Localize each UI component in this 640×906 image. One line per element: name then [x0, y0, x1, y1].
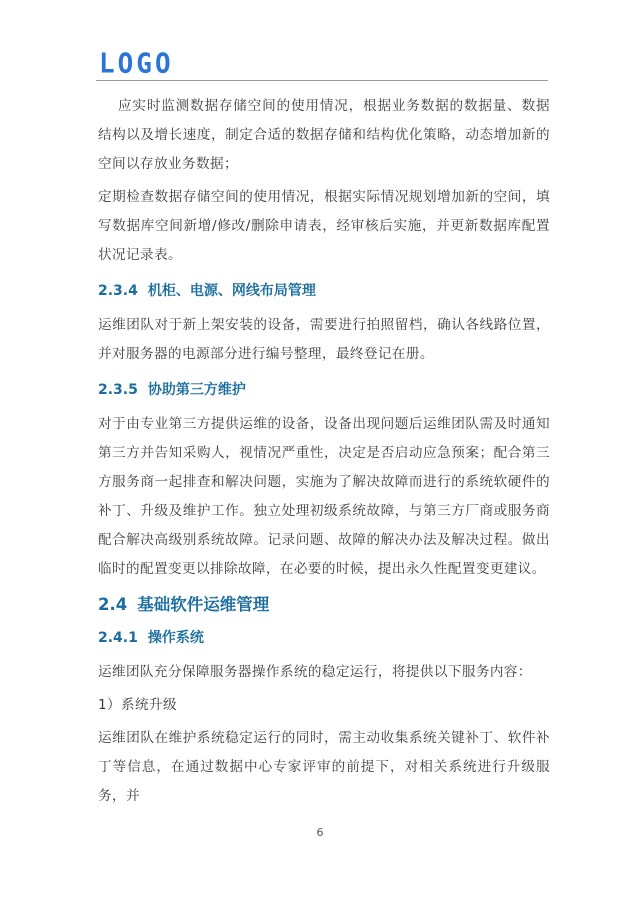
- section-number: 2.3.5: [98, 382, 138, 398]
- logo: LOGO: [99, 49, 174, 78]
- section-heading-2-3-4: 2.3.4机柜、电源、网线布局管理: [98, 281, 550, 301]
- section-title: 操作系统: [148, 630, 204, 646]
- section-number: 2.4.1: [98, 630, 138, 646]
- header-divider: [96, 80, 548, 81]
- section-title: 协助第三方维护: [148, 382, 246, 398]
- list-item: 1）系统升级: [98, 691, 550, 720]
- paragraph: 应实时监测数据存储空间的使用情况，根据业务数据的数据量、数据结构以及增长速度，制…: [98, 92, 550, 179]
- section-number: 2.4: [98, 595, 127, 614]
- section-title: 基础软件运维管理: [137, 595, 269, 614]
- section-heading-2-4-1: 2.4.1操作系统: [98, 628, 550, 648]
- paragraph: 定期检查数据存储空间的使用情况，根据实际情况规划增加新的空间，填写数据库空间新增…: [98, 183, 550, 270]
- paragraph: 对于由专业第三方提供运维的设备，设备出现问题后运维团队需及时通知第三方并告知采购…: [98, 410, 550, 584]
- page-number: 6: [0, 826, 640, 839]
- section-title: 机柜、电源、网线布局管理: [148, 283, 316, 299]
- document-body: 应实时监测数据存储空间的使用情况，根据业务数据的数据量、数据结构以及增长速度，制…: [98, 92, 550, 811]
- section-heading-2-4: 2.4基础软件运维管理: [98, 593, 550, 617]
- section-heading-2-3-5: 2.3.5协助第三方维护: [98, 380, 550, 400]
- paragraph: 运维团队在维护系统稳定运行的同时，需主动收集系统关键补丁、软件补丁等信息，在通过…: [98, 724, 550, 811]
- paragraph: 运维团队充分保障服务器操作系统的稳定运行，将提供以下服务内容：: [98, 658, 550, 687]
- section-number: 2.3.4: [98, 283, 138, 299]
- paragraph: 运维团队对于新上架安装的设备，需要进行拍照留档，确认各线路位置，并对服务器的电源…: [98, 311, 550, 369]
